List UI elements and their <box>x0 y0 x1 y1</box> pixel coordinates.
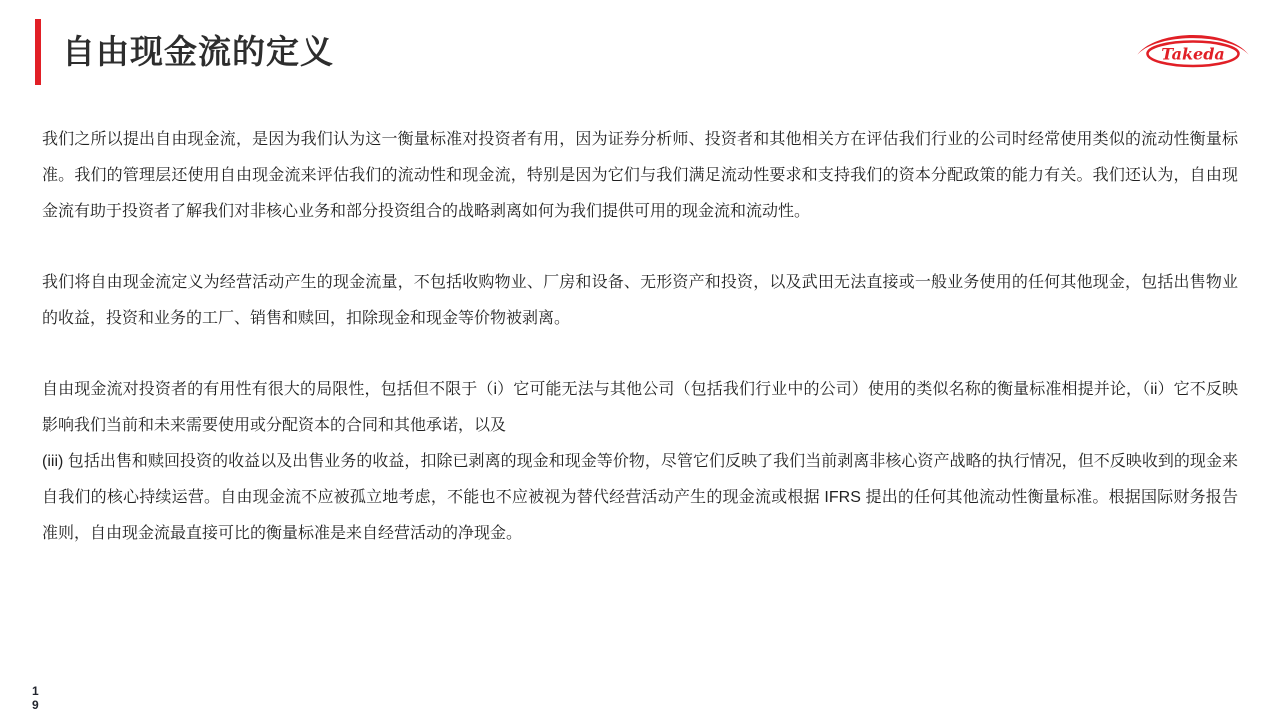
paragraph-3-part-1: 自由现金流对投资者的有用性有很大的局限性，包括但不限于（i）它可能无法与其他公司… <box>42 381 1238 434</box>
page-number: 1 9 <box>32 684 39 712</box>
takeda-logo: Takeda <box>1134 25 1252 69</box>
slide-header: 自由现金流的定义 Takeda <box>35 17 1252 87</box>
paragraph-3-part-2: (iii) 包括出售和赎回投资的收益以及出售业务的收益，扣除已剥离的现金和现金等… <box>42 453 1238 542</box>
page-number-digit-1: 1 <box>32 684 39 698</box>
paragraph-3: 自由现金流对投资者的有用性有很大的局限性，包括但不限于（i）它可能无法与其他公司… <box>42 372 1238 552</box>
paragraph-1: 我们之所以提出自由现金流，是因为我们认为这一衡量标准对投资者有用，因为证券分析师… <box>42 122 1238 230</box>
page-number-digit-2: 9 <box>32 698 39 712</box>
page-title: 自由现金流的定义 <box>62 17 334 87</box>
paragraph-2: 我们将自由现金流定义为经营活动产生的现金流量，不包括收购物业、厂房和设备、无形资… <box>42 265 1238 337</box>
slide: 自由现金流的定义 Takeda 我们之所以提出自由现金流，是因为我们认为这一衡量… <box>0 0 1280 720</box>
title-accent-bar <box>35 19 41 85</box>
takeda-logo-icon: Takeda <box>1134 25 1252 69</box>
slide-body: 我们之所以提出自由现金流，是因为我们认为这一衡量标准对投资者有用，因为证券分析师… <box>42 122 1238 552</box>
takeda-logo-text: Takeda <box>1161 45 1225 64</box>
